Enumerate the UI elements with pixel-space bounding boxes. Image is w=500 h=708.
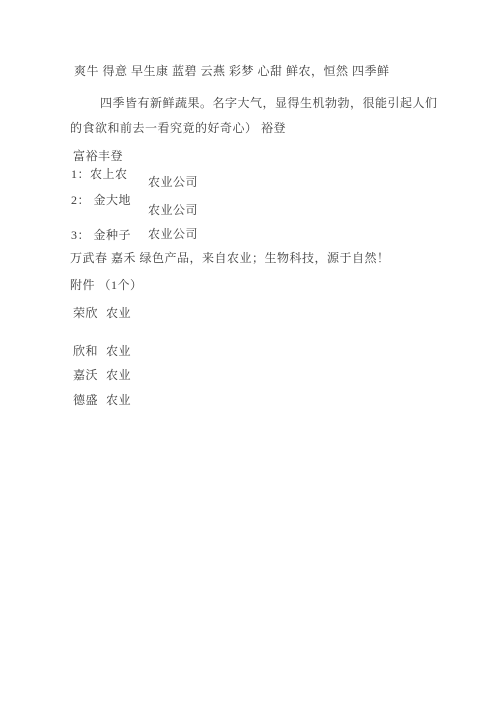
company-type: 农业 <box>106 304 131 321</box>
attachment-label: 附件 （1个） <box>70 278 143 292</box>
company-list-item: 荣欣 农业 <box>73 304 131 321</box>
comment-paragraph-line-1: 四季皆有新鲜蔬果。名字大气，显得生机勃勃，很能引起人们 <box>100 96 438 110</box>
company-name: 嘉沃 <box>73 366 106 383</box>
numbered-item-3-label: 3： 金种子 <box>71 228 131 242</box>
numbered-item-1-suffix: 农业公司 <box>148 175 198 189</box>
numbered-item-1-label: 1：农上农 <box>71 167 128 181</box>
company-name: 荣欣 <box>73 304 106 321</box>
numbered-item-2-suffix: 农业公司 <box>148 203 198 217</box>
company-list-item: 欣和 农业 <box>73 342 131 359</box>
section-heading: 富裕丰登 <box>73 149 123 163</box>
comment-paragraph-line-2: 的食欲和前去一看究竟的好奇心） 裕登 <box>70 121 286 135</box>
slogan-line: 万武春 嘉禾 绿色产品，来自农业；生物科技，源于自然！ <box>70 251 390 265</box>
company-type: 农业 <box>106 391 131 408</box>
company-list-item: 德盛 农业 <box>73 391 131 408</box>
numbered-item-3-suffix: 农业公司 <box>148 227 198 241</box>
company-type: 农业 <box>106 366 131 383</box>
company-type: 农业 <box>106 342 131 359</box>
document-page: 爽牛 得意 早生康 蓝碧 云燕 彩梦 心甜 鲜农，恒然 四季鲜 四季皆有新鲜蔬果… <box>0 0 500 708</box>
candidate-names-row: 爽牛 得意 早生康 蓝碧 云燕 彩梦 心甜 鲜农，恒然 四季鲜 <box>74 64 390 78</box>
company-name: 欣和 <box>73 342 106 359</box>
company-list-item: 嘉沃 农业 <box>73 366 131 383</box>
company-name: 德盛 <box>73 391 106 408</box>
numbered-item-2-label: 2： 金大地 <box>71 193 131 207</box>
